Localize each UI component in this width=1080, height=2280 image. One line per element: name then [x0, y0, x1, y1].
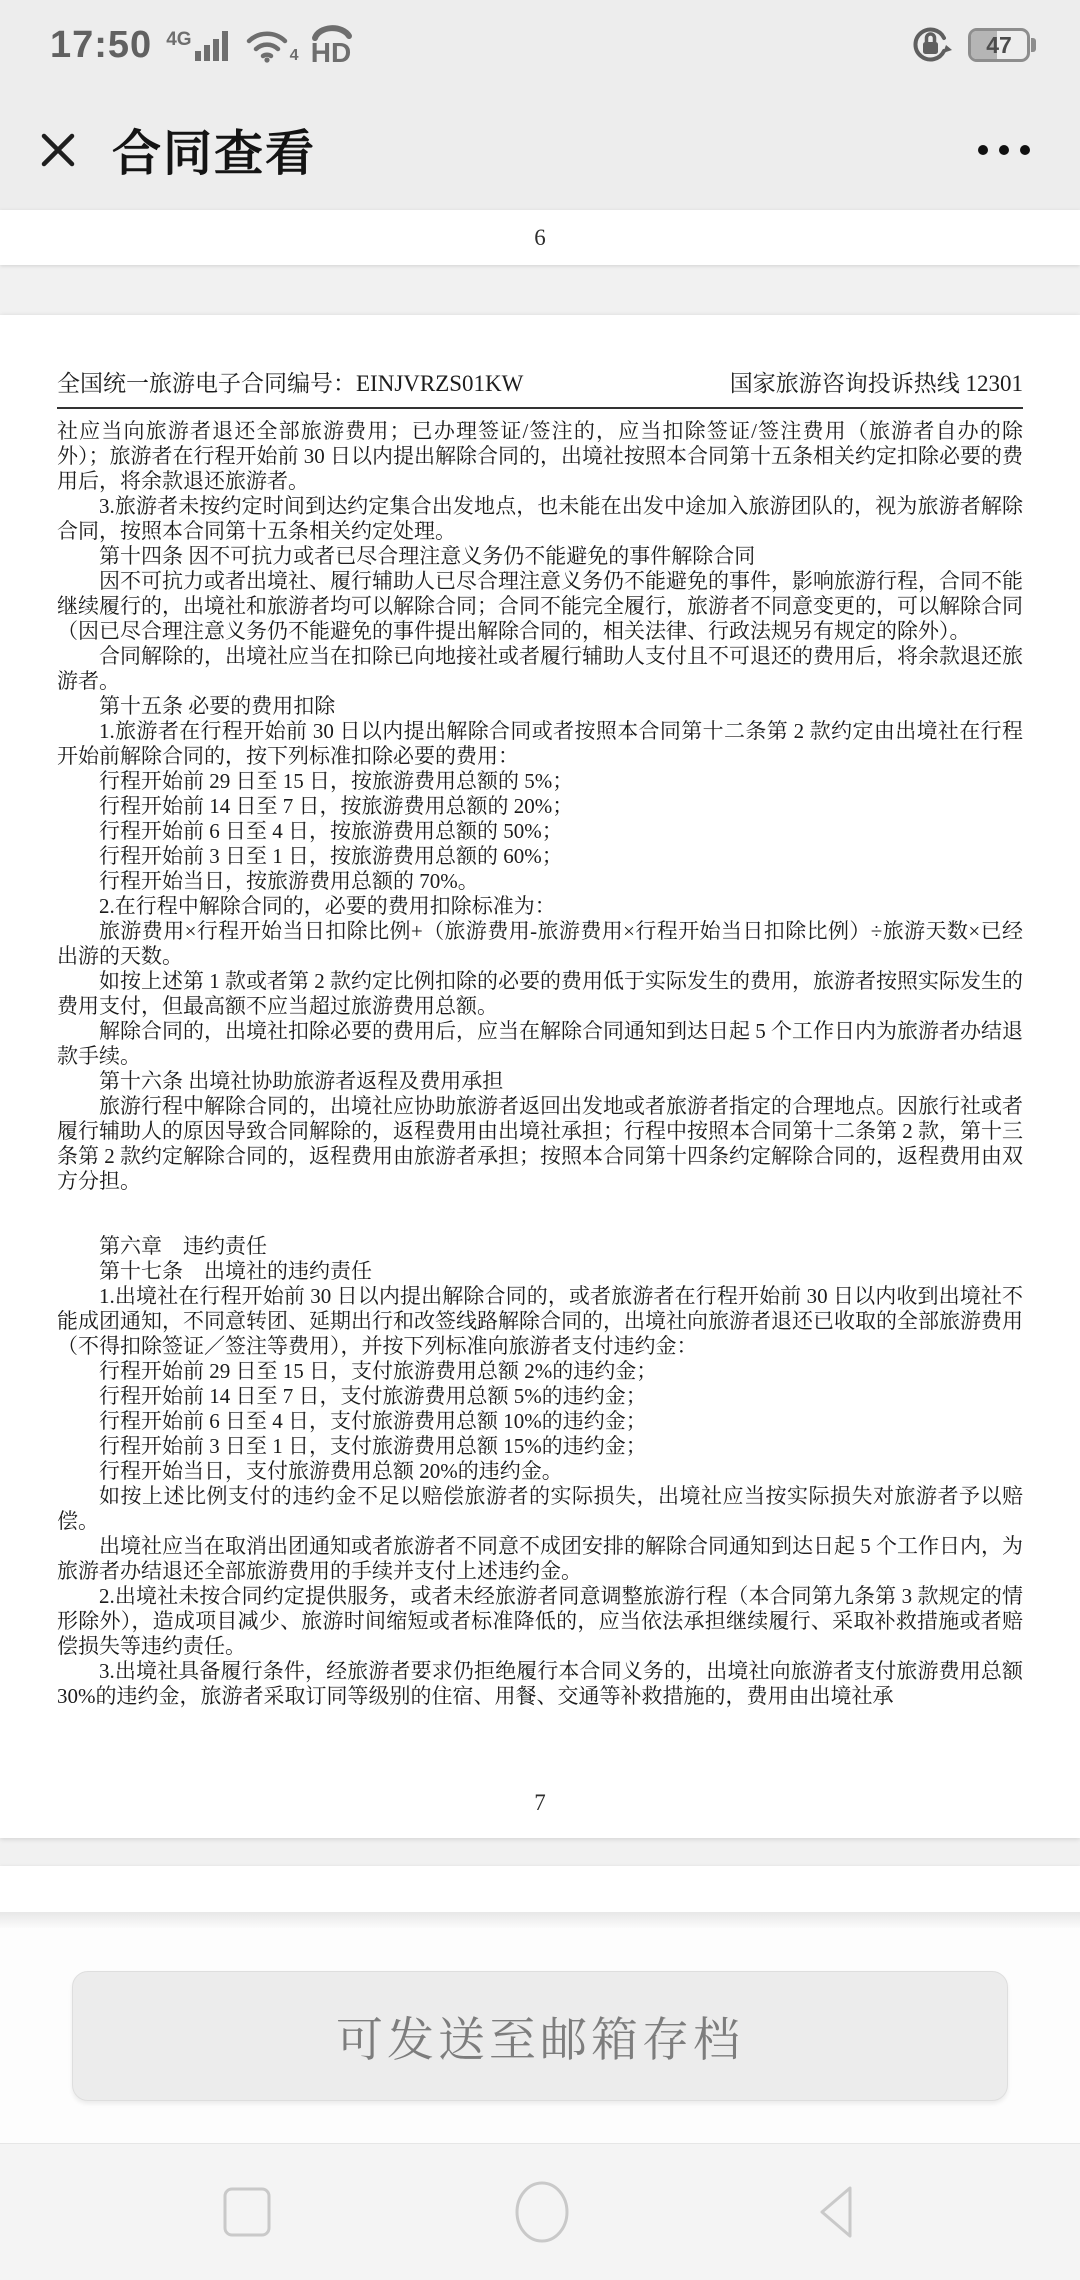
contract-paragraph: 第六章 违约责任	[57, 1234, 1023, 1259]
page-7-number: 7	[534, 1790, 546, 1815]
page-6-number: 6	[534, 225, 546, 251]
page-6-bottom[interactable]: 6	[0, 210, 1080, 265]
back-button[interactable]	[812, 2183, 858, 2241]
hotline: 国家旅游咨询投诉热线 12301	[730, 365, 1023, 398]
close-icon	[36, 128, 80, 172]
contract-paragraph: 如按上述比例支付的违约金不足以赔偿旅游者的实际损失，出境社应当按实际损失对旅游者…	[57, 1484, 1023, 1534]
status-right-cluster: 47	[908, 23, 1030, 67]
contract-paragraph: 行程开始前 3 日至 1 日，按旅游费用总额的 60%；	[57, 844, 1023, 869]
contract-paragraph: 行程开始前 6 日至 4 日，支付旅游费用总额 10%的违约金；	[57, 1409, 1023, 1434]
page-8-top[interactable]	[0, 1866, 1080, 1912]
rotation-lock-icon	[908, 23, 952, 67]
contract-paragraph: 出境社应当在取消出团通知或者旅游者不同意不成团安排的解除合同通知到达日起 5 个…	[57, 1534, 1023, 1584]
contract-header-row: 全国统一旅游电子合同编号：EINJVRZS01KW 国家旅游咨询投诉热线 123…	[57, 365, 1023, 398]
page-title: 合同查看	[112, 115, 316, 185]
contract-paragraph: 行程开始当日，支付旅游费用总额 20%的违约金。	[57, 1459, 1023, 1484]
contract-paragraph: 如按上述第 1 款或者第 2 款约定比例扣除的必要的费用低于实际发生的费用，旅游…	[57, 969, 1023, 1019]
cellular-signal-icon: 4G	[166, 29, 230, 61]
contract-paragraph: 3.出境社具备履行条件，经旅游者要求仍拒绝履行本合同义务的，出境社向旅游者支付旅…	[57, 1659, 1023, 1709]
contract-paragraph: 1.出境社在行程开始前 30 日以内提出解除合同的，或者旅游者在行程开始前 30…	[57, 1284, 1023, 1359]
back-triangle-icon	[812, 2183, 858, 2241]
contract-paragraph: 解除合同的，出境社扣除必要的费用后，应当在解除合同通知到达日起 5 个工作日内为…	[57, 1019, 1023, 1069]
battery-percent-label: 47	[986, 32, 1012, 59]
contract-paragraph: 2.在行程中解除合同的，必要的费用扣除标准为：	[57, 894, 1023, 919]
contract-paragraph: 3.旅游者未按约定时间到达约定集合出发地点，也未能在出发中途加入旅游团队的，视为…	[57, 494, 1023, 544]
header-rule	[57, 407, 1023, 409]
android-nav-bar	[0, 2143, 1080, 2280]
title-bar: 合同查看	[0, 90, 1080, 210]
contract-paragraph: 第十四条 因不可抗力或者已尽合理注意义务仍不能避免的事件解除合同	[57, 544, 1023, 569]
hotline-label: 国家旅游咨询投诉热线	[730, 371, 966, 396]
more-menu-button[interactable]	[978, 145, 1030, 155]
battery-cap	[1031, 38, 1036, 52]
contract-paragraph: 旅游行程中解除合同的，出境社应协助旅游者返回出发地或者旅游者指定的合理地点。因旅…	[57, 1094, 1023, 1194]
home-circle-icon	[513, 2180, 571, 2244]
recents-square-icon	[222, 2186, 272, 2238]
contract-paragraph: 社应当向旅游者退还全部旅游费用；已办理签证/签注的，应当扣除签证/签注费用（旅游…	[57, 419, 1023, 494]
page-7-number-row: 7	[0, 1790, 1080, 1816]
home-button[interactable]	[513, 2180, 571, 2244]
contract-number-label: 全国统一旅游电子合同编号：	[57, 371, 356, 396]
contract-paragraph: 行程开始前 3 日至 1 日，支付旅游费用总额 15%的违约金；	[57, 1434, 1023, 1459]
status-left-cluster: 17:50 4G 4	[50, 24, 359, 67]
contract-paragraph: 旅游费用×行程开始当日扣除比例+（旅游费用-旅游费用×行程开始当日扣除比例）÷旅…	[57, 919, 1023, 969]
contract-number-value: EINJVRZS01KW	[356, 371, 523, 396]
wifi-icon: 4	[245, 27, 289, 63]
contract-paragraph: 行程开始前 29 日至 15 日，支付旅游费用总额 2%的违约金；	[57, 1359, 1023, 1384]
contract-paragraph: 第十五条 必要的费用扣除	[57, 694, 1023, 719]
contract-number: 全国统一旅游电子合同编号：EINJVRZS01KW	[57, 365, 523, 398]
contract-paragraph: 第十六条 出境社协助旅游者返程及费用承担	[57, 1069, 1023, 1094]
close-button[interactable]	[36, 128, 80, 172]
recents-button[interactable]	[222, 2186, 272, 2238]
wifi-standard-badge: 4	[290, 47, 299, 65]
contract-body: 社应当向旅游者退还全部旅游费用；已办理签证/签注的，应当扣除签证/签注费用（旅游…	[57, 419, 1023, 1709]
status-bar: 17:50 4G 4	[0, 0, 1080, 90]
contract-paragraph: 行程开始前 14 日至 7 日，支付旅游费用总额 5%的违约金；	[57, 1384, 1023, 1409]
battery-indicator: 47	[968, 28, 1030, 62]
contract-paragraph: 2.出境社未按合同约定提供服务，或者未经旅游者同意调整旅游行程（本合同第九条第 …	[57, 1584, 1023, 1659]
sheet-top-shadow	[0, 1912, 1080, 1928]
paragraph-spacer	[57, 1194, 1023, 1234]
contract-paragraph: 第十七条 出境社的违约责任	[57, 1259, 1023, 1284]
contract-paragraph: 1.旅游者在行程开始前 30 日以内提出解除合同或者按照本合同第十二条第 2 款…	[57, 719, 1023, 769]
contract-paragraph: 行程开始前 14 日至 7 日，按旅游费用总额的 20%；	[57, 794, 1023, 819]
contract-paragraph: 因不可抗力或者出境社、履行辅助人已尽合理注意义务仍不能避免的事件，影响旅游行程，…	[57, 569, 1023, 644]
contract-paragraph: 行程开始当日，按旅游费用总额的 70%。	[57, 869, 1023, 894]
signal-bars-icon	[195, 29, 231, 61]
more-dots-icon	[978, 145, 988, 155]
hd-volte-icon: HD	[303, 24, 359, 66]
clock: 17:50	[50, 24, 152, 67]
page-7[interactable]: 全国统一旅游电子合同编号：EINJVRZS01KW 国家旅游咨询投诉热线 123…	[0, 315, 1080, 1838]
bottom-sheet: 可发送至邮箱存档	[0, 1928, 1080, 2143]
send-to-email-button[interactable]: 可发送至邮箱存档	[72, 1971, 1008, 2101]
svg-text:HD: HD	[310, 37, 350, 66]
hotline-number: 12301	[966, 371, 1024, 396]
network-type-label: 4G	[166, 29, 191, 51]
contract-paragraph: 合同解除的，出境社应当在扣除已向地接社或者履行辅助人支付且不可退还的费用后，将余…	[57, 644, 1023, 694]
phone-screen: 17:50 4G 4	[0, 0, 1080, 2280]
contract-paragraph: 行程开始前 29 日至 15 日，按旅游费用总额的 5%；	[57, 769, 1023, 794]
contract-paragraph: 行程开始前 6 日至 4 日，按旅游费用总额的 50%；	[57, 819, 1023, 844]
